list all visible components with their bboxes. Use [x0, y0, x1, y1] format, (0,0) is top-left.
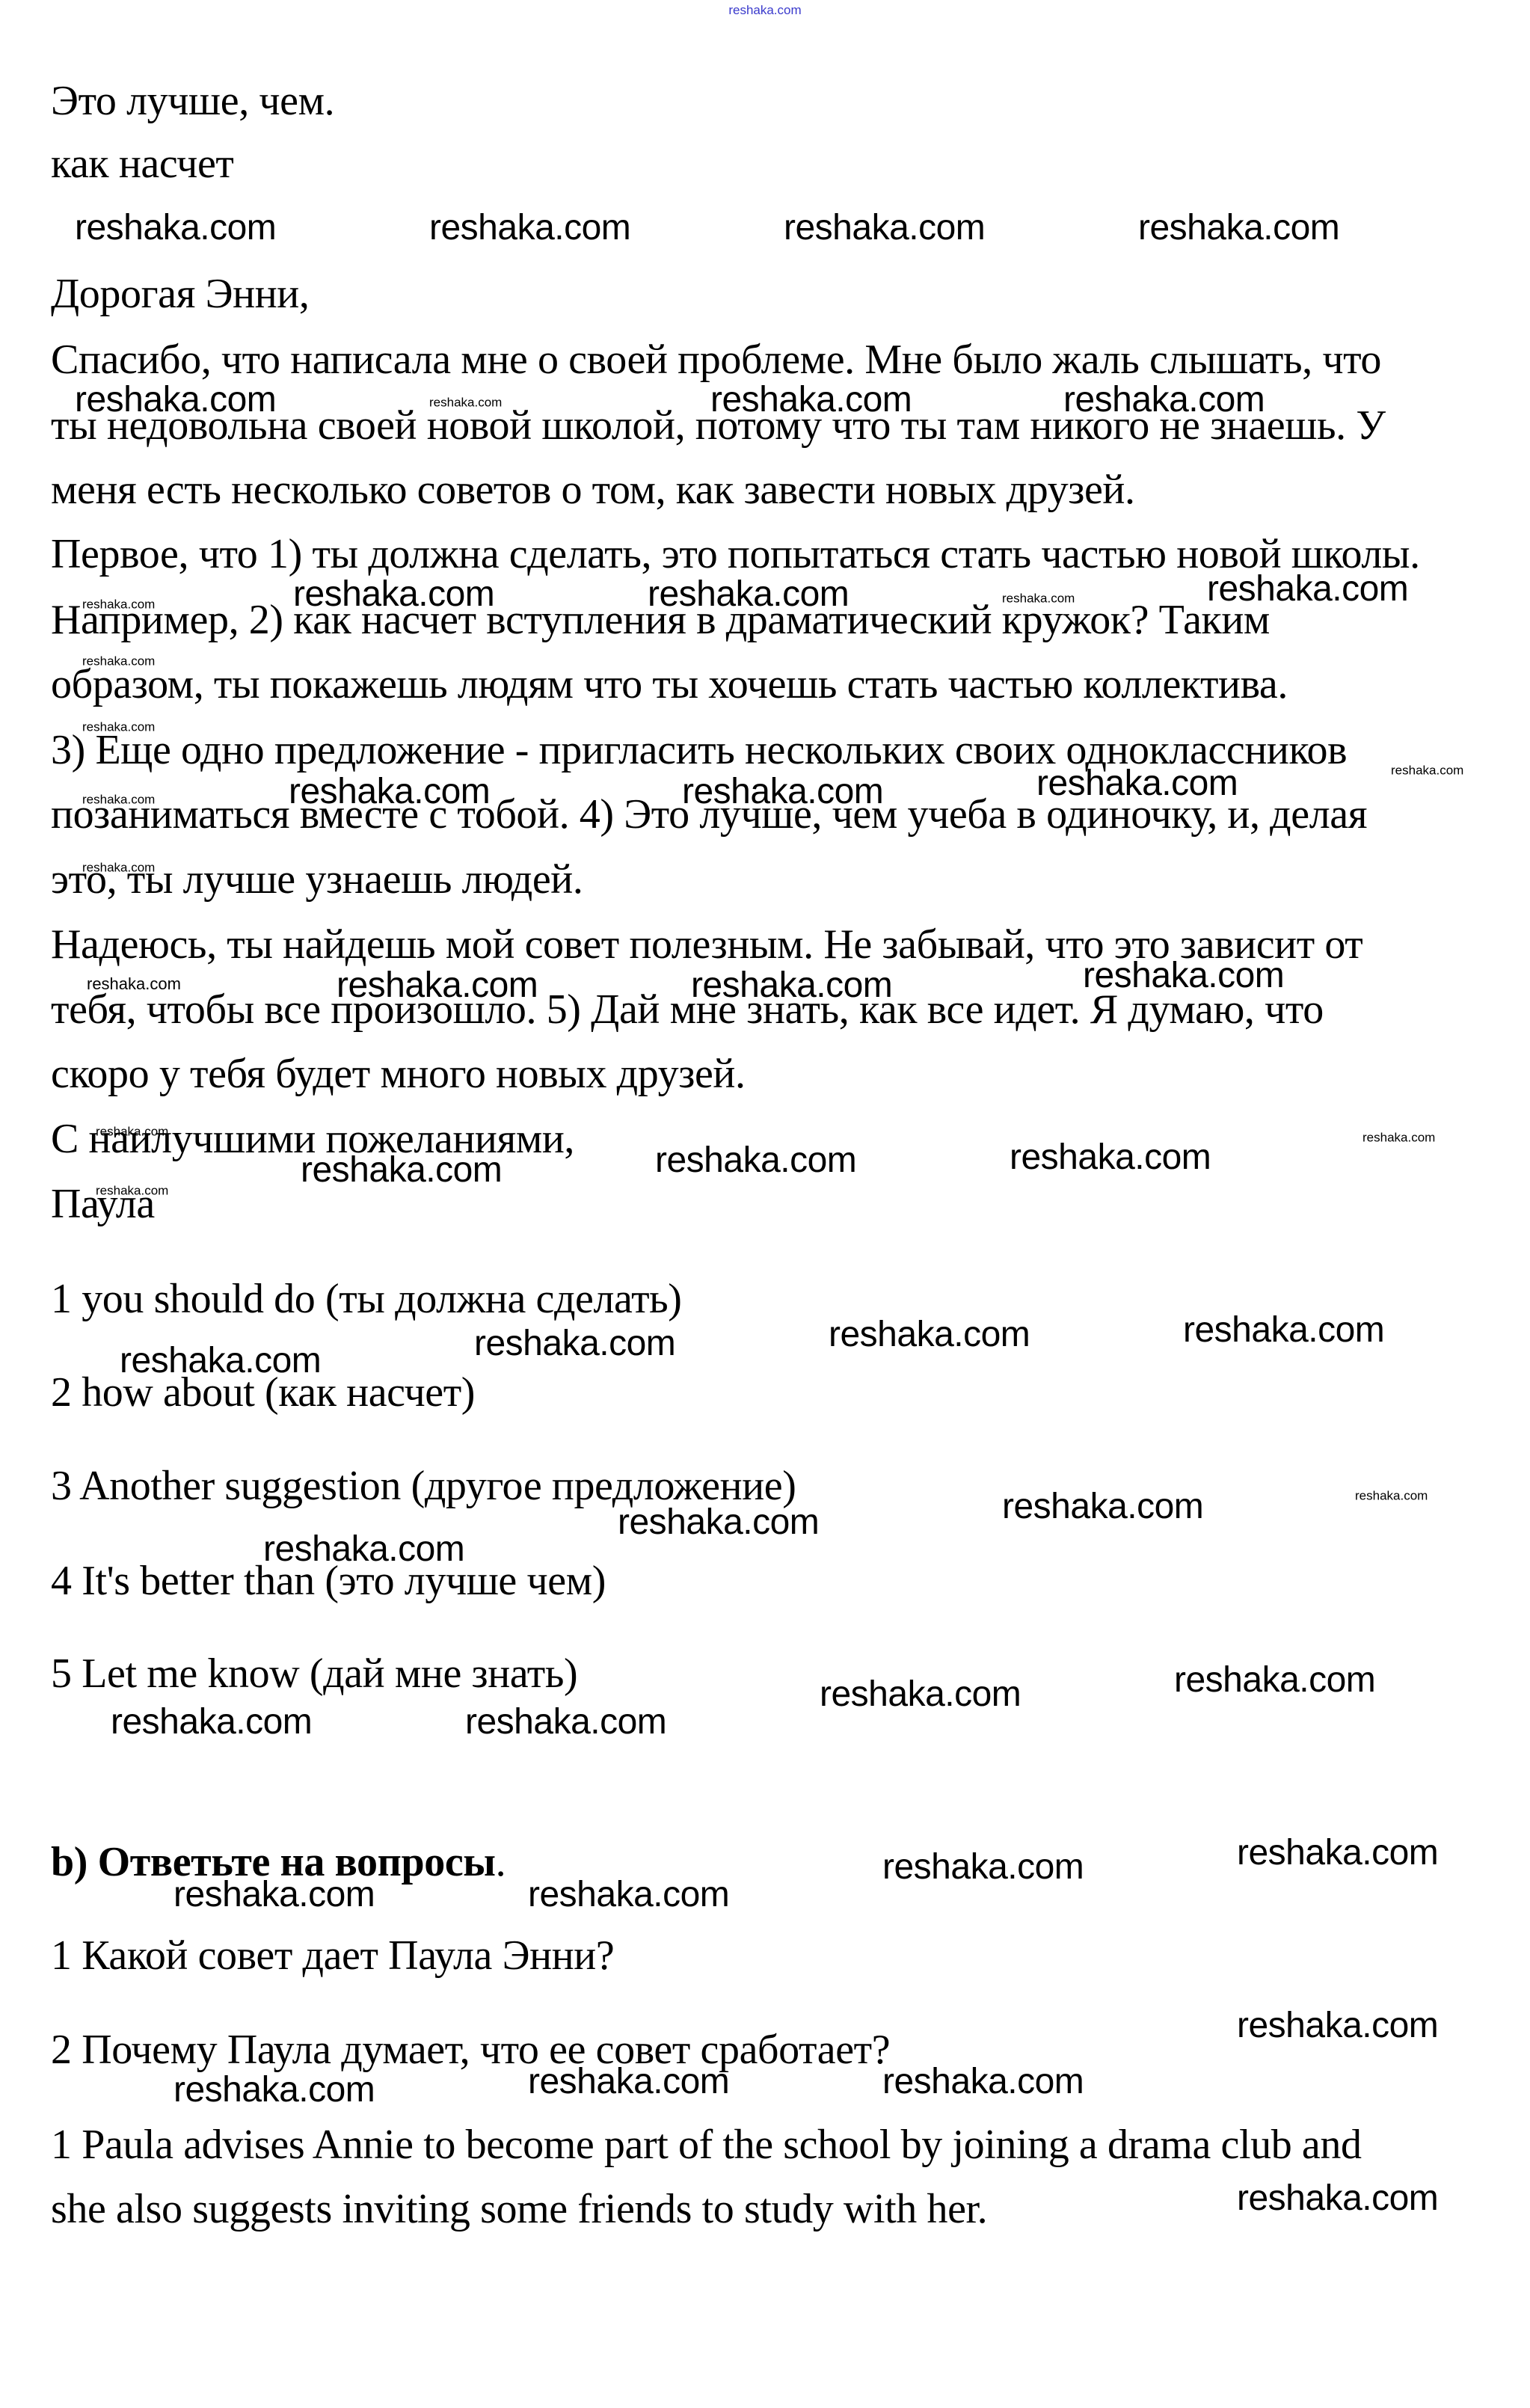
answer-item: 5 Let me know (дай мне знать): [51, 1653, 577, 1695]
watermark: reshaka.com: [1002, 1489, 1203, 1525]
watermark: reshaka.com: [691, 968, 892, 1004]
watermark: reshaka.com: [293, 577, 494, 612]
question-item: 1 Какой совет дает Паула Энни?: [51, 1935, 614, 1977]
watermark: reshaka.com: [289, 774, 490, 810]
watermark: reshaka.com: [82, 793, 155, 806]
watermark: reshaka.com: [111, 1704, 312, 1740]
watermark: reshaka.com: [82, 721, 155, 734]
watermark: reshaka.com: [429, 396, 502, 409]
answer-item: 3 Another suggestion (другое предложение…: [51, 1465, 796, 1507]
watermark: reshaka.com: [1083, 958, 1284, 994]
phrase-line: Это лучше, чем.: [51, 80, 334, 122]
watermark: reshaka.com: [1237, 2008, 1438, 2044]
watermark: reshaka.com: [648, 577, 849, 612]
watermark: reshaka.com: [1138, 210, 1339, 246]
watermark: reshaka.com: [337, 968, 538, 1004]
watermark: reshaka.com: [1174, 1662, 1375, 1698]
phrase-line: как насчет: [51, 143, 233, 185]
letter-greeting: Дорогая Энни,: [51, 273, 309, 315]
watermark: reshaka.com: [528, 1877, 729, 1913]
watermark: reshaka.com: [120, 1343, 321, 1379]
watermark: reshaka.com: [829, 1317, 1030, 1353]
watermark: reshaka.com: [710, 382, 912, 418]
watermark: reshaka.com: [301, 1152, 502, 1188]
watermark: reshaka.com: [1063, 382, 1265, 418]
watermark: reshaka.com: [263, 1532, 464, 1567]
answer-item: 1 you should do (ты должна сделать): [51, 1278, 682, 1320]
letter-line: меня есть несколько советов о том, как з…: [51, 469, 1135, 511]
watermark: reshaka.com: [96, 1125, 168, 1138]
watermark: reshaka.com: [882, 2064, 1084, 2100]
letter-line: Спасибо, что написала мне о своей пробле…: [51, 339, 1381, 381]
document-page: reshaka.com Это лучше, чем. как насчет Д…: [0, 0, 1530, 2408]
watermark: reshaka.com: [1391, 764, 1463, 777]
watermark: reshaka.com: [474, 1326, 675, 1362]
watermark: reshaka.com: [1010, 1140, 1211, 1176]
answer-text-line: 1 Paula advises Annie to become part of …: [51, 2124, 1362, 2166]
watermark: reshaka.com: [528, 2064, 729, 2100]
watermark: reshaka.com: [1237, 1835, 1438, 1871]
watermark: reshaka.com: [618, 1505, 819, 1541]
watermark: reshaka.com: [173, 2072, 375, 2108]
watermark: reshaka.com: [173, 1877, 375, 1913]
watermark: reshaka.com: [1036, 766, 1238, 802]
watermark: reshaka.com: [82, 598, 155, 611]
answer-text-line: she also suggests inviting some friends …: [51, 2188, 987, 2230]
watermark: reshaka.com: [1237, 2181, 1438, 2217]
watermark: reshaka.com: [465, 1704, 666, 1740]
letter-line: скоро у тебя будет много новых друзей.: [51, 1053, 746, 1095]
site-watermark-header: reshaka.com: [0, 3, 1530, 18]
watermark: reshaka.com: [1362, 1131, 1435, 1144]
watermark: reshaka.com: [1002, 592, 1075, 605]
watermark: reshaka.com: [1355, 1490, 1428, 1502]
watermark: reshaka.com: [82, 861, 155, 874]
watermark: reshaka.com: [655, 1143, 856, 1179]
section-b-heading-period: .: [496, 1839, 506, 1885]
watermark: reshaka.com: [784, 210, 985, 246]
watermark: reshaka.com: [429, 210, 630, 246]
watermark: reshaka.com: [820, 1677, 1021, 1713]
letter-line: образом, ты покажешь людям что ты хочешь…: [51, 663, 1288, 705]
watermark: reshaka.com: [75, 382, 276, 418]
watermark: reshaka.com: [75, 210, 276, 246]
watermark: reshaka.com: [882, 1849, 1084, 1885]
watermark: reshaka.com: [96, 1185, 168, 1197]
watermark: reshaka.com: [82, 655, 155, 668]
watermark: reshaka.com: [87, 976, 181, 992]
watermark: reshaka.com: [682, 774, 883, 810]
question-item: 2 Почему Паула думает, что ее совет сраб…: [51, 2029, 890, 2071]
watermark: reshaka.com: [1207, 571, 1408, 607]
watermark: reshaka.com: [1183, 1312, 1384, 1348]
